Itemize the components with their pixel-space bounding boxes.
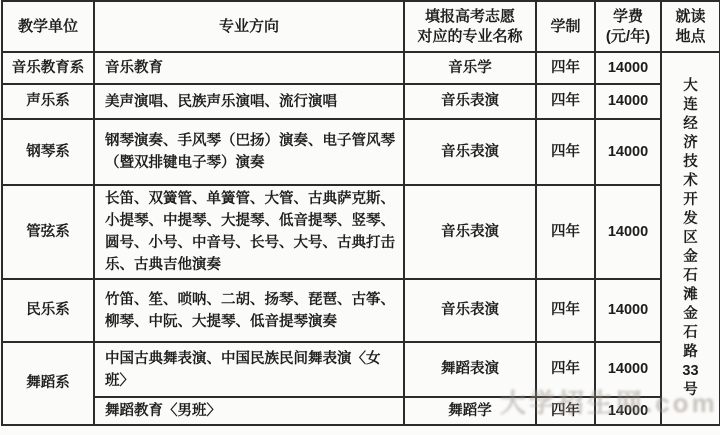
direction-cell: 音乐教育 <box>94 52 404 84</box>
col-header-major-direction: 专业方向 <box>94 1 404 52</box>
direction-cell: 美声演唱、民族声乐演唱、流行演唱 <box>94 84 404 119</box>
table-row: 民乐系 竹笛、笙、唢呐、二胡、扬琴、琵琶、古筝、柳琴、中阮、大提琴、低音提琴演奏… <box>2 279 720 342</box>
major-cell: 音乐表演 <box>404 119 536 185</box>
location-cell: 大 连 经 济 技 术 开 发 区 金 石 滩 金 石 路 33 号 <box>661 52 720 425</box>
major-cell: 音乐表演 <box>404 84 536 119</box>
direction-cell: 长笛、双簧管、单簧管、大管、古典萨克斯、小提琴、中提琴、大提琴、低音提琴、竖琴、… <box>94 185 404 279</box>
direction-cell: 竹笛、笙、唢呐、二胡、扬琴、琵琶、古筝、柳琴、中阮、大提琴、低音提琴演奏 <box>94 279 404 342</box>
tuition-cell: 14000 <box>595 52 661 84</box>
tuition-cell: 14000 <box>595 397 661 425</box>
admissions-table: 教学单位 专业方向 填报高考志愿 对应的专业名称 学制 学费 (元/年) 就读 … <box>1 0 720 426</box>
admissions-table-page: { "table": { "headers": [ "教学单位", "专业方向"… <box>0 0 720 435</box>
direction-cell: 中国古典舞表演、中国民族民间舞表演〈女班〉 <box>94 342 404 397</box>
unit-cell: 音乐教育系 <box>2 52 94 84</box>
table-row: 舞蹈系 中国古典舞表演、中国民族民间舞表演〈女班〉 舞蹈表演 四年 14000 <box>2 342 720 397</box>
col-header-location: 就读 地点 <box>661 1 720 52</box>
duration-cell: 四年 <box>536 119 595 185</box>
tuition-cell: 14000 <box>595 185 661 279</box>
table-row: 钢琴系 钢琴演奏、手风琴（巴扬）演奏、电子管风琴（暨双排键电子琴）演奏 音乐表演… <box>2 119 720 185</box>
col-header-gaokao-major-name: 填报高考志愿 对应的专业名称 <box>404 1 536 52</box>
major-cell: 音乐表演 <box>404 279 536 342</box>
unit-cell: 管弦系 <box>2 185 94 279</box>
table-row: 管弦系 长笛、双簧管、单簧管、大管、古典萨克斯、小提琴、中提琴、大提琴、低音提琴… <box>2 185 720 279</box>
duration-cell: 四年 <box>536 279 595 342</box>
duration-cell: 四年 <box>536 342 595 397</box>
unit-cell: 舞蹈系 <box>2 342 94 425</box>
col-header-tuition: 学费 (元/年) <box>595 1 661 52</box>
table-row: 音乐教育系 音乐教育 音乐学 四年 14000 大 连 经 济 技 术 开 发 … <box>2 52 720 84</box>
header-row: 教学单位 专业方向 填报高考志愿 对应的专业名称 学制 学费 (元/年) 就读 … <box>2 1 720 52</box>
major-cell: 音乐学 <box>404 52 536 84</box>
col-header-teaching-unit: 教学单位 <box>2 1 94 52</box>
tuition-cell: 14000 <box>595 84 661 119</box>
duration-cell: 四年 <box>536 185 595 279</box>
major-cell: 舞蹈学 <box>404 397 536 425</box>
unit-cell: 民乐系 <box>2 279 94 342</box>
duration-cell: 四年 <box>536 52 595 84</box>
direction-cell: 钢琴演奏、手风琴（巴扬）演奏、电子管风琴（暨双排键电子琴）演奏 <box>94 119 404 185</box>
tuition-cell: 14000 <box>595 279 661 342</box>
table-row: 舞蹈教育〈男班〉 舞蹈学 四年 14000 <box>2 397 720 425</box>
table-row: 声乐系 美声演唱、民族声乐演唱、流行演唱 音乐表演 四年 14000 <box>2 84 720 119</box>
tuition-cell: 14000 <box>595 119 661 185</box>
unit-cell: 声乐系 <box>2 84 94 119</box>
duration-cell: 四年 <box>536 84 595 119</box>
duration-cell: 四年 <box>536 397 595 425</box>
tuition-cell: 14000 <box>595 342 661 397</box>
unit-cell: 钢琴系 <box>2 119 94 185</box>
direction-cell: 舞蹈教育〈男班〉 <box>94 397 404 425</box>
col-header-duration: 学制 <box>536 1 595 52</box>
major-cell: 音乐表演 <box>404 185 536 279</box>
major-cell: 舞蹈表演 <box>404 342 536 397</box>
